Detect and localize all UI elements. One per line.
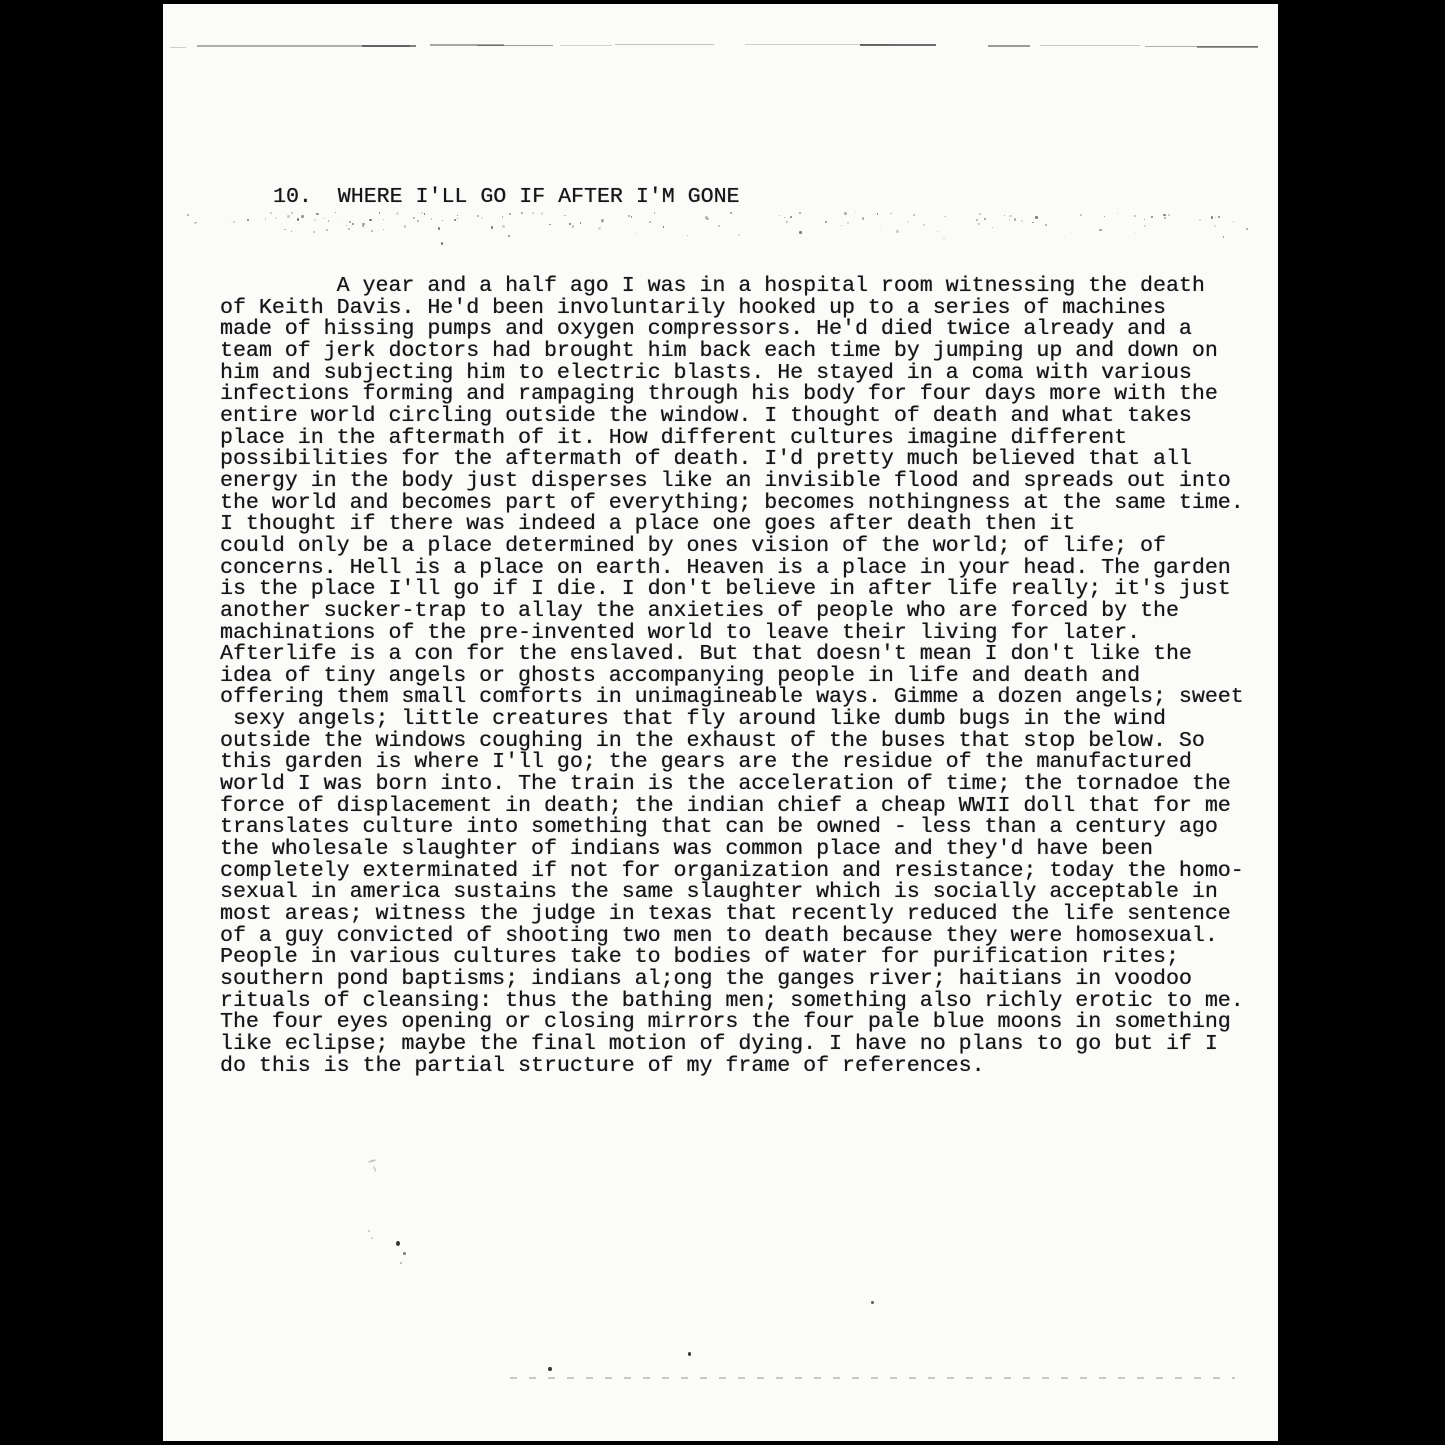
toner-dot bbox=[371, 230, 373, 232]
toner-dot bbox=[718, 225, 720, 227]
toner-dot bbox=[1117, 213, 1118, 214]
toner-dot bbox=[580, 222, 581, 223]
scanned-page: 10. WHERE I'LL GO IF AFTER I'M GONE A ye… bbox=[163, 4, 1278, 1441]
toner-dot bbox=[457, 218, 458, 219]
toner-dot bbox=[1218, 216, 1220, 218]
toner-dot bbox=[265, 218, 266, 219]
toner-dot bbox=[1045, 224, 1047, 226]
toner-dot bbox=[1214, 225, 1216, 227]
toner-dot bbox=[349, 221, 351, 223]
toner-dot bbox=[326, 229, 329, 232]
toner-dot bbox=[1071, 232, 1072, 233]
ink-speck bbox=[373, 1166, 376, 1172]
toner-dot bbox=[314, 219, 316, 221]
toner-dot bbox=[984, 218, 986, 220]
ink-speck bbox=[403, 1252, 406, 1255]
ink-speck bbox=[688, 1352, 691, 1356]
toner-dot bbox=[598, 227, 600, 229]
toner-dot bbox=[844, 212, 846, 214]
toner-dot bbox=[352, 223, 354, 225]
toner-dot bbox=[438, 227, 441, 230]
toner-dot bbox=[417, 220, 420, 223]
toner-dot bbox=[549, 224, 550, 225]
toner-dot bbox=[1144, 219, 1145, 220]
toner-dot bbox=[1164, 217, 1166, 219]
toner-dot bbox=[316, 213, 318, 215]
toner-dot bbox=[572, 225, 574, 227]
toner-dot bbox=[841, 225, 842, 226]
toner-dot bbox=[1134, 215, 1135, 216]
toner-dot bbox=[502, 216, 503, 217]
toner-dot bbox=[1199, 219, 1201, 221]
bottom-scan-smudge bbox=[510, 1377, 1235, 1379]
scan-line-segment bbox=[1197, 46, 1258, 48]
toner-dot bbox=[1223, 236, 1224, 237]
toner-dot bbox=[431, 218, 433, 220]
toner-dot bbox=[1004, 215, 1005, 216]
toner-dot bbox=[323, 218, 325, 220]
toner-dot bbox=[521, 212, 523, 214]
toner-dot bbox=[1104, 216, 1105, 217]
toner-dot bbox=[790, 216, 792, 218]
toner-dot bbox=[338, 220, 339, 221]
toner-dot bbox=[233, 221, 236, 224]
toner-dot bbox=[383, 229, 384, 230]
toner-dot bbox=[663, 226, 664, 227]
scan-line-segment bbox=[560, 45, 612, 46]
toner-dot bbox=[297, 218, 299, 220]
ink-speck bbox=[548, 1367, 552, 1371]
scan-line-segment bbox=[362, 45, 416, 47]
toner-dot bbox=[404, 225, 406, 227]
document-body-text: A year and a half ago I was in a hospita… bbox=[220, 276, 1244, 1077]
toner-dot bbox=[396, 212, 399, 215]
toner-dot bbox=[187, 214, 189, 216]
toner-dot bbox=[247, 219, 249, 221]
toner-dot bbox=[383, 219, 384, 220]
toner-dot bbox=[1215, 217, 1216, 218]
toner-dot bbox=[1151, 216, 1153, 218]
toner-dot bbox=[1233, 221, 1234, 222]
scan-line-segment bbox=[988, 45, 1030, 47]
toner-dot bbox=[379, 212, 381, 214]
scan-frame: 10. WHERE I'LL GO IF AFTER I'M GONE A ye… bbox=[0, 0, 1445, 1445]
toner-dot bbox=[907, 221, 909, 223]
toner-dot bbox=[784, 217, 785, 218]
toner-dot bbox=[877, 213, 879, 215]
toner-dot bbox=[328, 220, 330, 222]
toner-dot bbox=[346, 225, 347, 226]
toner-dot bbox=[301, 215, 304, 218]
toner-dot bbox=[923, 224, 925, 226]
toner-dot bbox=[275, 217, 277, 219]
toner-dot bbox=[413, 217, 416, 220]
toner-dot bbox=[313, 231, 315, 233]
toner-dot bbox=[1168, 214, 1171, 217]
toner-dot bbox=[369, 219, 372, 222]
toner-dot bbox=[362, 225, 364, 227]
toner-dot bbox=[226, 221, 227, 222]
toner-dot bbox=[291, 231, 292, 232]
toner-dot bbox=[532, 212, 534, 214]
toner-dot bbox=[1032, 222, 1033, 223]
toner-dot bbox=[1021, 220, 1023, 222]
toner-dot bbox=[855, 212, 856, 213]
toner-dot bbox=[601, 221, 602, 222]
toner-dot bbox=[992, 227, 993, 228]
toner-dot bbox=[1135, 232, 1136, 233]
toner-dot bbox=[508, 235, 510, 237]
toner-dot bbox=[541, 212, 544, 215]
scan-line-segment bbox=[170, 47, 186, 48]
toner-dot bbox=[1246, 228, 1248, 230]
toner-dot bbox=[944, 216, 945, 217]
ink-speck bbox=[368, 1159, 376, 1163]
toner-dot bbox=[1035, 216, 1037, 218]
toner-dot bbox=[454, 219, 456, 221]
toner-dot bbox=[1009, 219, 1010, 220]
toner-dot bbox=[270, 212, 272, 214]
toner-dot bbox=[457, 215, 458, 216]
toner-dot bbox=[348, 228, 350, 230]
toner-dot bbox=[1211, 216, 1214, 219]
toner-dot bbox=[1163, 214, 1165, 216]
toner-dot bbox=[799, 231, 802, 234]
toner-dot bbox=[1144, 225, 1147, 228]
toner-dot bbox=[284, 229, 285, 230]
scan-line-segment bbox=[860, 44, 936, 46]
toner-dot bbox=[862, 217, 865, 220]
toner-dot bbox=[601, 219, 604, 222]
toner-dot bbox=[937, 231, 938, 232]
toner-dot bbox=[1080, 214, 1083, 217]
scan-line-segment bbox=[1040, 45, 1140, 46]
toner-dot bbox=[738, 234, 740, 236]
ink-speck bbox=[396, 1241, 400, 1246]
toner-dot bbox=[1099, 229, 1102, 232]
toner-dot bbox=[291, 212, 293, 214]
toner-dot bbox=[779, 215, 780, 216]
toner-dot bbox=[424, 213, 425, 214]
ink-speck bbox=[400, 1262, 402, 1264]
toner-dot bbox=[569, 223, 571, 225]
toner-dot bbox=[943, 238, 944, 239]
scan-line-segment bbox=[477, 45, 553, 46]
toner-dot bbox=[913, 214, 914, 215]
ink-speck bbox=[371, 1237, 373, 1239]
toner-dot bbox=[705, 216, 708, 219]
toner-dot bbox=[481, 217, 483, 219]
toner-dot bbox=[509, 213, 511, 215]
toner-dot bbox=[196, 222, 197, 223]
toner-dot bbox=[979, 213, 981, 215]
toner-dot bbox=[976, 219, 978, 221]
toner-dot bbox=[441, 242, 443, 244]
document-title: 10. WHERE I'LL GO IF AFTER I'M GONE bbox=[273, 187, 740, 209]
toner-dot bbox=[442, 220, 443, 221]
toner-dot bbox=[628, 215, 630, 217]
toner-dot bbox=[502, 225, 505, 228]
toner-dot bbox=[649, 221, 651, 223]
toner-dot bbox=[418, 212, 419, 213]
scan-line-segment bbox=[615, 44, 714, 45]
toner-dot bbox=[477, 215, 479, 217]
toner-dot bbox=[687, 235, 688, 236]
toner-dot bbox=[1009, 215, 1011, 217]
toner-dot bbox=[335, 212, 336, 213]
toner-dot bbox=[1014, 218, 1017, 221]
toner-dot bbox=[825, 221, 828, 224]
toner-dot bbox=[880, 226, 881, 227]
toner-dot bbox=[978, 223, 981, 226]
toner-dot bbox=[635, 233, 636, 234]
toner-dot bbox=[564, 215, 565, 216]
toner-dot bbox=[799, 212, 801, 214]
ink-speck bbox=[368, 1230, 370, 1232]
ink-speck bbox=[871, 1301, 874, 1304]
toner-dot bbox=[654, 212, 655, 213]
toner-dot bbox=[847, 222, 849, 224]
toner-dot bbox=[287, 215, 290, 218]
toner-dot bbox=[730, 212, 732, 214]
toner-dot bbox=[491, 226, 493, 228]
toner-dot bbox=[631, 216, 632, 217]
toner-dot bbox=[890, 213, 892, 215]
toner-dot bbox=[896, 230, 898, 232]
toner-dot bbox=[786, 221, 788, 223]
